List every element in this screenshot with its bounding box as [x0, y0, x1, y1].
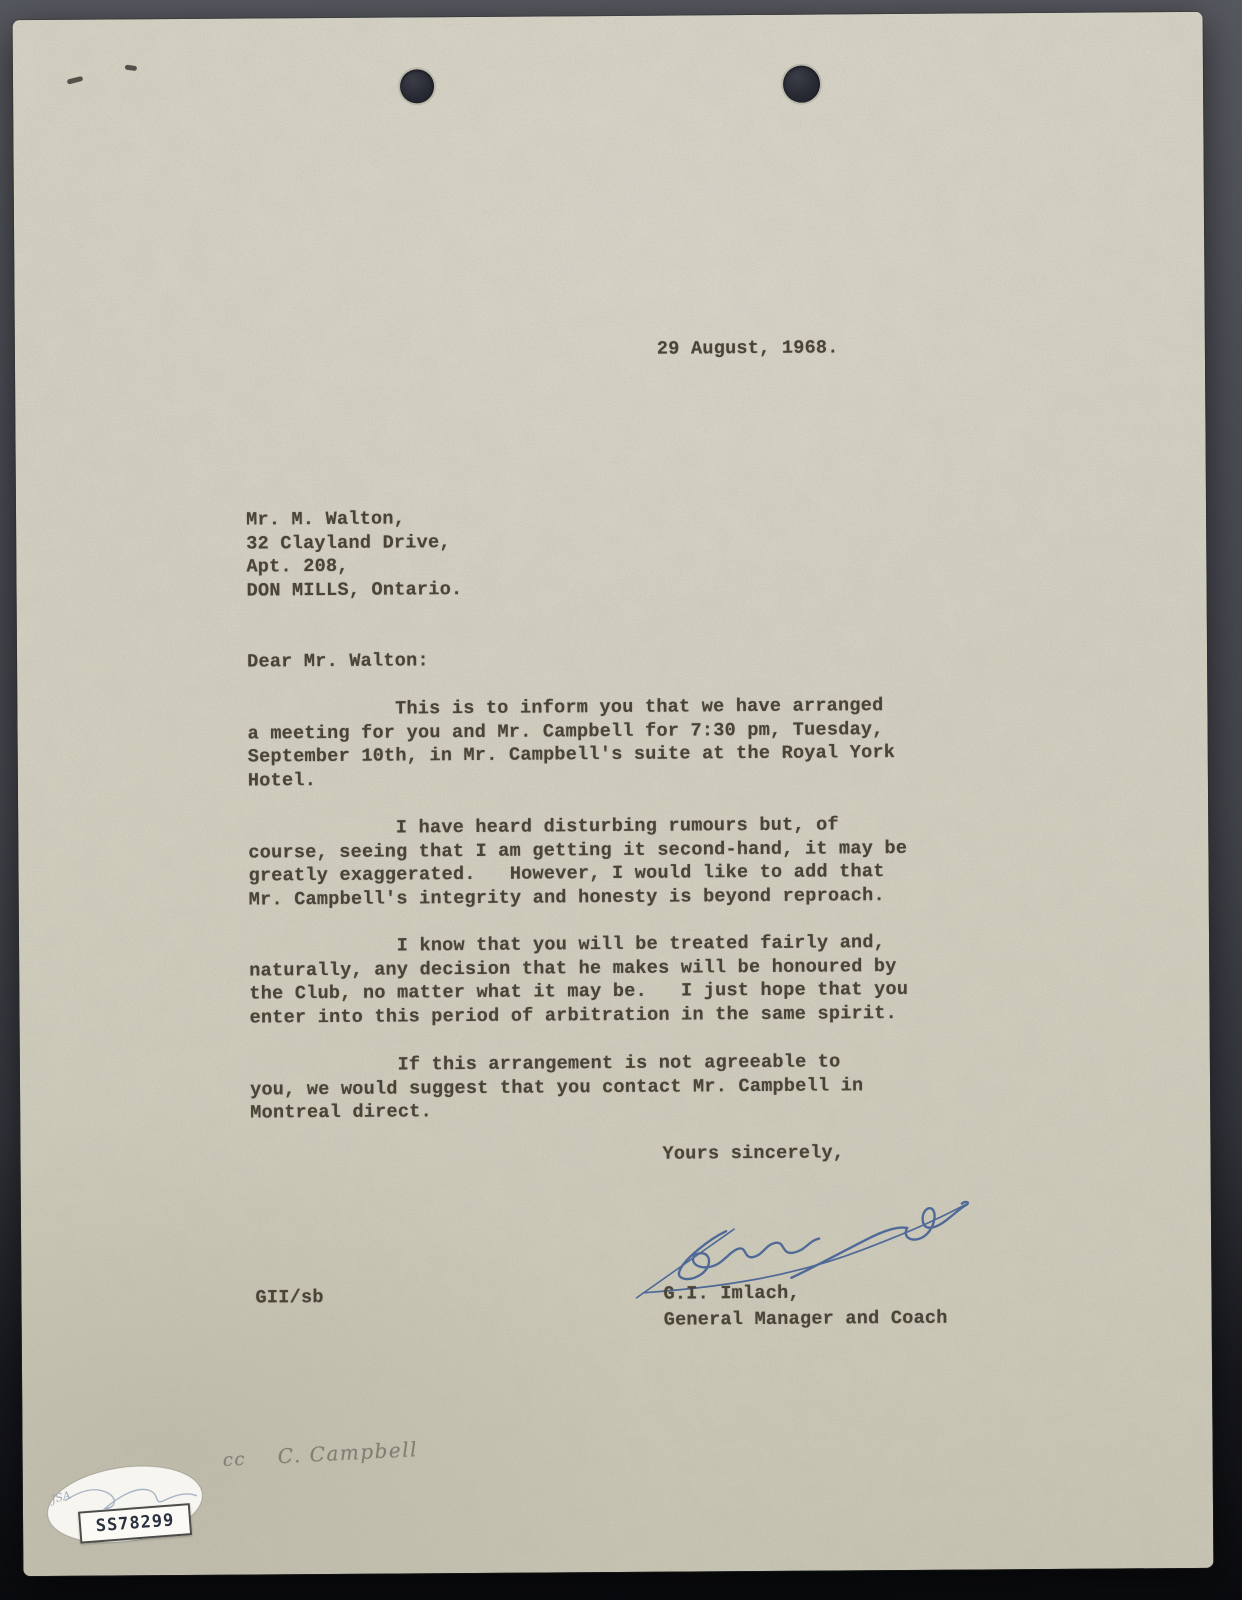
recipient-address: Mr. M. Walton, 32 Clayland Drive, Apt. 2… [246, 507, 462, 603]
complimentary-close: Yours sincerely, [662, 1141, 844, 1166]
date-line: 29 August, 1968. [657, 336, 839, 361]
jsa-authentication-sticker: JSA SS78299 [45, 1456, 226, 1562]
body-paragraph: I know that you will be treated fairly a… [249, 931, 908, 1030]
typed-signature-title: General Manager and Coach [664, 1307, 948, 1332]
body-paragraph: If this arrangement is not agreeable to … [250, 1050, 864, 1125]
photo-backdrop: 29 August, 1968. Mr. M. Walton, 32 Clayl… [0, 0, 1242, 1600]
body-paragraph: I have heard disturbing rumours but, of … [248, 813, 907, 912]
punch-hole-right [783, 66, 820, 103]
letter-page: 29 August, 1968. Mr. M. Walton, 32 Clayl… [13, 12, 1214, 1576]
typist-initials: GII/sb [255, 1286, 323, 1310]
cc-annotation: ccC. Campbell [222, 1437, 418, 1471]
cc-recipient-name: C. Campbell [277, 1437, 418, 1468]
salutation: Dear Mr. Walton: [247, 649, 429, 674]
typed-signature-name: G.I. Imlach, [663, 1282, 799, 1306]
staple-mark [67, 76, 84, 85]
cc-prefix: cc [222, 1449, 246, 1471]
punch-hole-left [400, 69, 434, 103]
body-paragraph: This is to inform you that we have arran… [247, 694, 895, 793]
staple-mark [125, 65, 138, 72]
paper-texture [13, 12, 1214, 1576]
